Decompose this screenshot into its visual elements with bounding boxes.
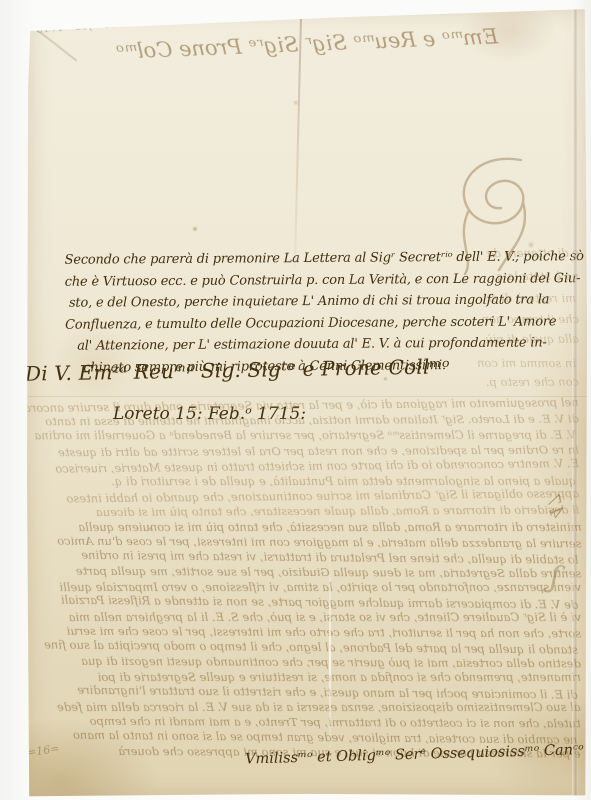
bleedthrough-address-block: Emᵐᵒ e Reuᵐᵒ Sigʳ Sigʳᵉ Prone Colᵐᵒ: [97, 25, 518, 64]
bleedthrough-lower-block: ministero di ritornare a Roma, dalla sua…: [28, 519, 581, 762]
manuscript-text-line: Secondo che parerà di premonire La Lette…: [65, 246, 559, 271]
bleedthrough-line: ministero di ritornare a Roma, dalla sua…: [30, 520, 582, 535]
page-number-mark: 47: [542, 493, 567, 520]
manuscript-text-line: al' Attenzione, per L' estimazione douut…: [77, 333, 559, 358]
bleedthrough-line: al suo Clementissimo disposizione, senza…: [29, 700, 581, 715]
bleedthrough-line: vi è il Sigʳ Caualiere Cliente, che vi s…: [29, 610, 581, 625]
bleedthrough-mid-block: nel proseguimento mi raggiona di ciò, e …: [31, 397, 580, 521]
bleedthrough-line: Emᵐᵒ e Reuᵐᵒ Sigʳ Sigʳᵉ Prone Colᵐᵒ: [97, 24, 518, 65]
manuscript-text-line: sto, e del Onesto, perche inquietare L' …: [69, 289, 559, 314]
bleedthrough-line: V. E. di pregarne il Clementissᵐᵒ Segret…: [28, 428, 576, 444]
manuscript-page: 15 - feb - 1715 Emᵐᵒ e Reuᵐᵒ Sigʳ Sigʳᵉ …: [27, 8, 587, 797]
